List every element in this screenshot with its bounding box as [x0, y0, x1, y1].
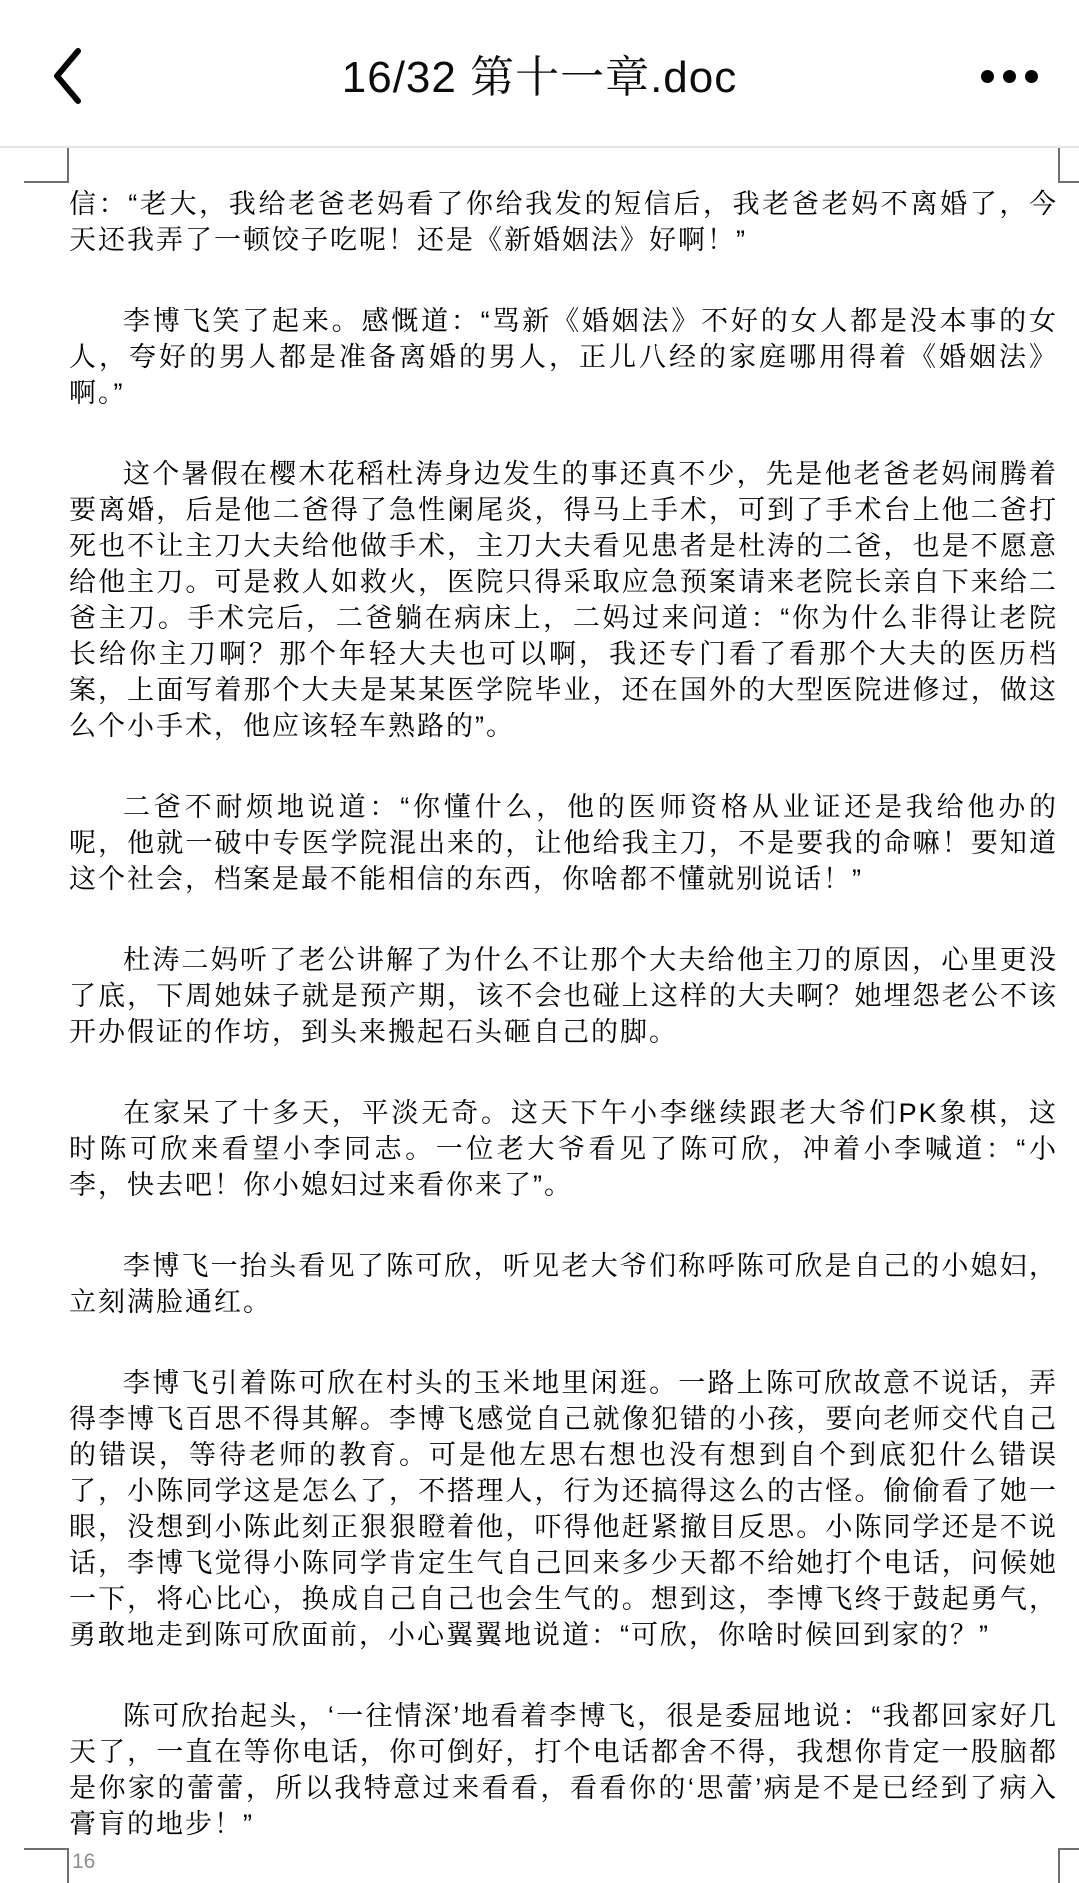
paragraph: 这个暑假在樱木花稻杜涛身边发生的事还真不少，先是他老爸老妈闹腾着要离婚，后是他二…	[69, 456, 1058, 744]
doc-viewer-header: 16/32 第十一章.doc	[0, 0, 1079, 148]
ellipsis-icon	[981, 70, 1038, 83]
paragraph: 李博飞一抬头看见了陈可欣，听见老大爷们称呼陈可欣是自己的小媳妇，立刻满脸通红。	[69, 1248, 1058, 1320]
paragraph: 在家呆了十多天，平淡无奇。这天下午小李继续跟老大爷们PK象棋，这时陈可欣来看望小…	[69, 1095, 1058, 1203]
paragraph: 信：“老大，我给老爸老妈看了你给我发的短信后，我老爸老妈不离婚了，今天还我弄了一…	[69, 186, 1058, 258]
document-body: 信：“老大，我给老爸老妈看了你给我发的短信后，我老爸老妈不离婚了，今天还我弄了一…	[69, 186, 1058, 1883]
paragraph: 陈可欣抬起头，‘一往情深’地看着李博飞，很是委屈地说：“我都回家好几天了，一直在…	[69, 1698, 1058, 1842]
margin-mark-top-left	[24, 148, 69, 183]
margin-mark-bottom-right	[1058, 1848, 1079, 1883]
margin-mark-top-right	[1058, 148, 1079, 183]
back-button[interactable]	[40, 38, 100, 114]
document-title: 16/32 第十一章.doc	[140, 0, 939, 146]
more-options-button[interactable]	[969, 46, 1049, 106]
chevron-left-icon	[52, 47, 82, 105]
document-page[interactable]: 信：“老大，我给老爸老妈看了你给我发的短信后，我老爸老妈不离婚了，今天还我弄了一…	[0, 148, 1079, 1883]
margin-mark-bottom-left	[24, 1848, 69, 1883]
page-number-label: 16	[72, 1850, 95, 1874]
paragraph: 二爸不耐烦地说道：“你懂什么，他的医师资格从业证还是我给他办的呢，他就一破中专医…	[69, 789, 1058, 897]
paragraph: 杜涛二妈听了老公讲解了为什么不让那个大夫给他主刀的原因，心里更没了底，下周她妹子…	[69, 942, 1058, 1050]
paragraph: 李博飞笑了起来。感慨道：“骂新《婚姻法》不好的女人都是没本事的女人，夸好的男人都…	[69, 303, 1058, 411]
paragraph: 李博飞引着陈可欣在村头的玉米地里闲逛。一路上陈可欣故意不说话，弄得李博飞百思不得…	[69, 1365, 1058, 1653]
